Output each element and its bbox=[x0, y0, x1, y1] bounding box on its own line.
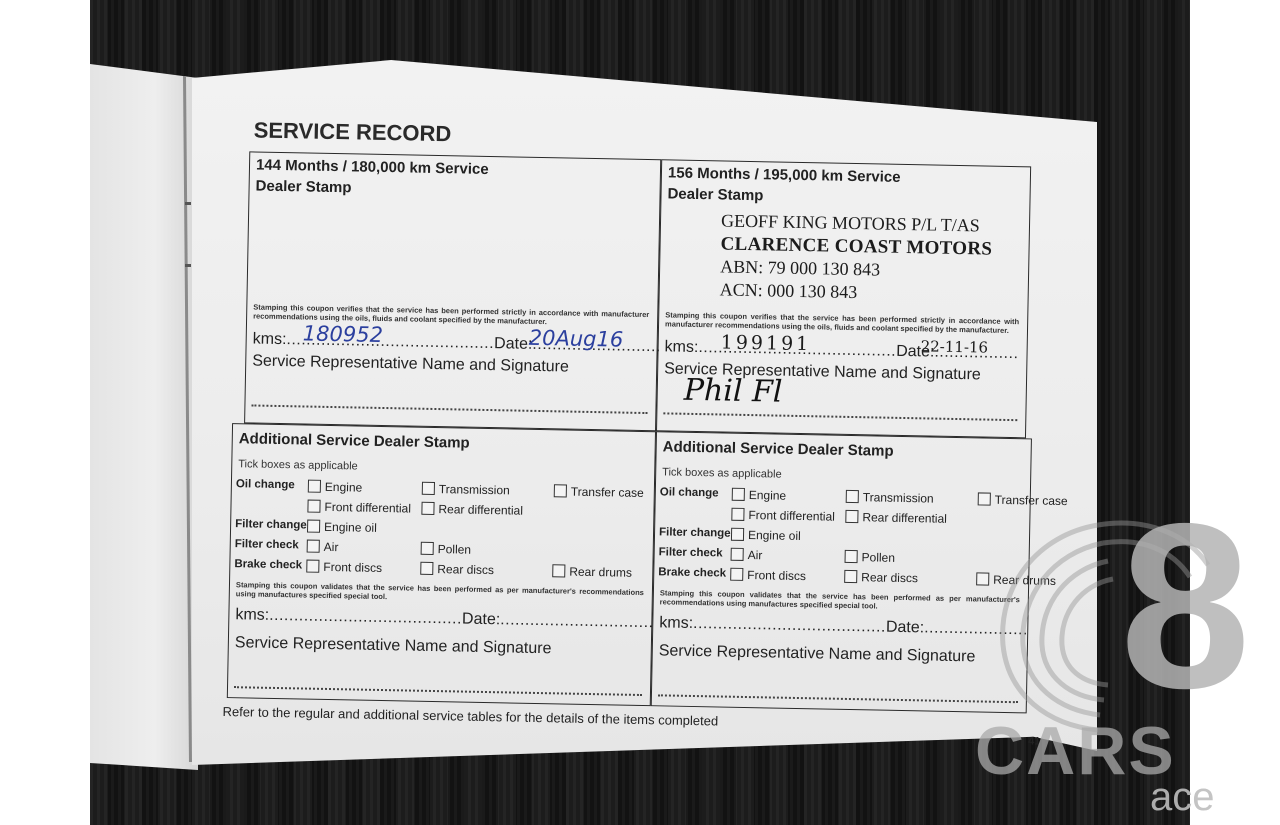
checkbox-label: Rear drums bbox=[993, 573, 1056, 588]
kms-date-row: kms:....................................… bbox=[659, 614, 1028, 639]
row-label: Filter check bbox=[659, 546, 723, 559]
dealer-stamp-label: Dealer Stamp bbox=[667, 185, 763, 204]
checkbox-engine[interactable]: Engine bbox=[308, 480, 363, 495]
checkbox-rear-differential[interactable]: Rear differential bbox=[421, 502, 523, 518]
signature-label: Service Representative Name and Signatur… bbox=[235, 634, 552, 658]
watermark-word: CARS bbox=[975, 712, 1176, 790]
checkbox-label: Transmission bbox=[863, 490, 934, 505]
kms-date-row: kms:....................................… bbox=[235, 606, 653, 632]
kms-value[interactable]: 199191 bbox=[721, 331, 812, 355]
checkbox-label: Front differential bbox=[748, 508, 835, 524]
checkbox-icon[interactable] bbox=[554, 484, 567, 497]
row-label: Filter change bbox=[659, 526, 731, 539]
checkbox-label: Air bbox=[748, 548, 763, 562]
checkbox-label: Rear differential bbox=[438, 502, 523, 518]
checkbox-icon[interactable] bbox=[976, 572, 989, 585]
checkbox-grid: Oil changeEngineTransmissionTransfer cas… bbox=[234, 476, 650, 584]
checkbox-engine-oil[interactable]: Engine oil bbox=[307, 520, 377, 535]
checkbox-icon[interactable] bbox=[307, 500, 320, 513]
row-label: Filter check bbox=[235, 538, 299, 551]
checkbox-icon[interactable] bbox=[732, 488, 745, 501]
verification-text: Stamping this coupon verifies that the s… bbox=[665, 310, 1019, 335]
checkbox-air[interactable]: Air bbox=[731, 548, 763, 563]
row-label: Brake check bbox=[658, 566, 726, 579]
left-page bbox=[90, 64, 198, 770]
dealer-stamp-label: Dealer Stamp bbox=[255, 178, 351, 197]
checkbox-label: Engine bbox=[749, 488, 787, 503]
watermark-glyph: 8 bbox=[1120, 488, 1251, 723]
row-label: Oil change bbox=[660, 486, 719, 499]
checkbox-icon[interactable] bbox=[846, 490, 859, 503]
checkbox-front-discs[interactable]: Front discs bbox=[306, 560, 382, 575]
row-label: Oil change bbox=[236, 478, 295, 491]
tick-note: Tick boxes as applicable bbox=[238, 458, 358, 472]
checkbox-icon[interactable] bbox=[731, 548, 744, 561]
signature-line[interactable] bbox=[234, 686, 642, 696]
row-label: Brake check bbox=[234, 558, 302, 571]
kms-label: kms: bbox=[253, 330, 287, 348]
service-coupon-156: 156 Months / 195,000 km Service Dealer S… bbox=[656, 159, 1031, 438]
tick-note: Tick boxes as applicable bbox=[662, 466, 782, 480]
checkbox-pollen[interactable]: Pollen bbox=[844, 550, 895, 565]
checkbox-label: Rear drums bbox=[569, 565, 632, 580]
checkbox-rear-differential[interactable]: Rear differential bbox=[845, 510, 947, 526]
service-coupon-144: 144 Months / 180,000 km Service Dealer S… bbox=[244, 151, 661, 431]
additional-heading: Additional Service Dealer Stamp bbox=[239, 430, 470, 451]
checkbox-icon[interactable] bbox=[552, 564, 565, 577]
service-heading: 144 Months / 180,000 km Service bbox=[256, 157, 489, 178]
checkbox-grid: Oil changeEngineTransmissionTransfer cas… bbox=[658, 484, 1026, 591]
checkbox-label: Air bbox=[324, 540, 339, 554]
staple bbox=[185, 202, 191, 205]
date-value[interactable]: 22-11-16 bbox=[921, 337, 989, 356]
date-value[interactable]: 20Aug16 bbox=[529, 326, 624, 352]
checkbox-icon[interactable] bbox=[307, 540, 320, 553]
checkbox-icon[interactable] bbox=[422, 482, 435, 495]
checkbox-icon[interactable] bbox=[307, 520, 320, 533]
kms-value[interactable]: 180952 bbox=[303, 321, 384, 347]
checkbox-label: Transmission bbox=[439, 482, 510, 497]
checkbox-icon[interactable] bbox=[421, 502, 434, 515]
checkbox-icon[interactable] bbox=[845, 510, 858, 523]
checkbox-rear-drums[interactable]: Rear drums bbox=[976, 572, 1056, 588]
date-label: Date: bbox=[494, 335, 533, 353]
dealer-stamp: GEOFF KING MOTORS P/L T/AS CLARENCE COAS… bbox=[720, 209, 993, 306]
additional-heading: Additional Service Dealer Stamp bbox=[663, 438, 894, 459]
checkbox-front-differential[interactable]: Front differential bbox=[307, 500, 411, 516]
checkbox-label: Transfer case bbox=[571, 485, 644, 500]
checkbox-rear-discs[interactable]: Rear discs bbox=[420, 562, 494, 577]
checkbox-label: Rear discs bbox=[437, 562, 494, 577]
checkbox-label: Engine oil bbox=[748, 528, 801, 543]
checkbox-label: Transfer case bbox=[995, 493, 1068, 508]
checkbox-front-discs[interactable]: Front discs bbox=[730, 568, 806, 583]
service-heading: 156 Months / 195,000 km Service bbox=[668, 164, 901, 185]
checkbox-rear-discs[interactable]: Rear discs bbox=[844, 570, 918, 585]
checkbox-air[interactable]: Air bbox=[307, 540, 339, 555]
checkbox-transfer-case[interactable]: Transfer case bbox=[554, 484, 644, 500]
checkbox-label: Front discs bbox=[747, 568, 806, 583]
checkbox-icon[interactable] bbox=[730, 568, 743, 581]
additional-coupon-left: Additional Service Dealer Stamp Tick box… bbox=[227, 423, 656, 706]
checkbox-label: Pollen bbox=[438, 542, 472, 557]
signature-line[interactable] bbox=[658, 694, 1018, 703]
checkbox-icon[interactable] bbox=[308, 480, 321, 493]
kms-label: kms: bbox=[664, 338, 698, 356]
service-record-sheet: SERVICE RECORD 144 Months / 180,000 km S… bbox=[218, 115, 1050, 751]
signature-line[interactable] bbox=[663, 412, 1017, 421]
checkbox-transfer-case[interactable]: Transfer case bbox=[978, 492, 1068, 508]
row-label: Filter change bbox=[235, 518, 307, 531]
page-title: SERVICE RECORD bbox=[253, 117, 451, 147]
checkbox-icon[interactable] bbox=[731, 508, 744, 521]
checkbox-engine[interactable]: Engine bbox=[732, 488, 787, 503]
validation-text: Stamping this coupon validates that the … bbox=[660, 588, 1020, 613]
watermark-sub: ace bbox=[1150, 775, 1215, 820]
checkbox-label: Pollen bbox=[861, 550, 895, 565]
checkbox-engine-oil[interactable]: Engine oil bbox=[731, 528, 801, 543]
checkbox-icon[interactable] bbox=[731, 528, 744, 541]
checkbox-label: Engine oil bbox=[324, 520, 377, 535]
checkbox-rear-drums[interactable]: Rear drums bbox=[552, 564, 632, 580]
signature-line[interactable] bbox=[251, 404, 647, 414]
checkbox-icon[interactable] bbox=[421, 542, 434, 555]
checkbox-label: Rear differential bbox=[862, 510, 947, 526]
checkbox-icon[interactable] bbox=[845, 550, 858, 563]
checkbox-transmission[interactable]: Transmission bbox=[422, 482, 510, 498]
checkbox-icon[interactable] bbox=[306, 560, 319, 573]
checkbox-label: Front discs bbox=[323, 560, 382, 575]
checkbox-label: Engine bbox=[325, 480, 363, 495]
checkbox-pollen[interactable]: Pollen bbox=[421, 542, 472, 557]
checkbox-label: Front differential bbox=[324, 500, 411, 516]
staple bbox=[185, 264, 191, 267]
checkbox-icon[interactable] bbox=[420, 562, 433, 575]
checkbox-label: Rear discs bbox=[861, 570, 918, 585]
checkbox-front-differential[interactable]: Front differential bbox=[731, 508, 835, 524]
checkbox-transmission[interactable]: Transmission bbox=[846, 490, 934, 506]
validation-text: Stamping this coupon validates that the … bbox=[236, 580, 644, 606]
signature-label: Service Representative Name and Signatur… bbox=[252, 352, 569, 376]
checkbox-icon[interactable] bbox=[844, 570, 857, 583]
signature-value[interactable]: Phil Fl bbox=[683, 373, 782, 410]
checkbox-icon[interactable] bbox=[978, 492, 991, 505]
additional-coupon-right: Additional Service Dealer Stamp Tick box… bbox=[651, 431, 1032, 713]
footer-note: Refer to the regular and additional serv… bbox=[222, 704, 718, 729]
signature-label: Service Representative Name and Signatur… bbox=[659, 642, 976, 666]
